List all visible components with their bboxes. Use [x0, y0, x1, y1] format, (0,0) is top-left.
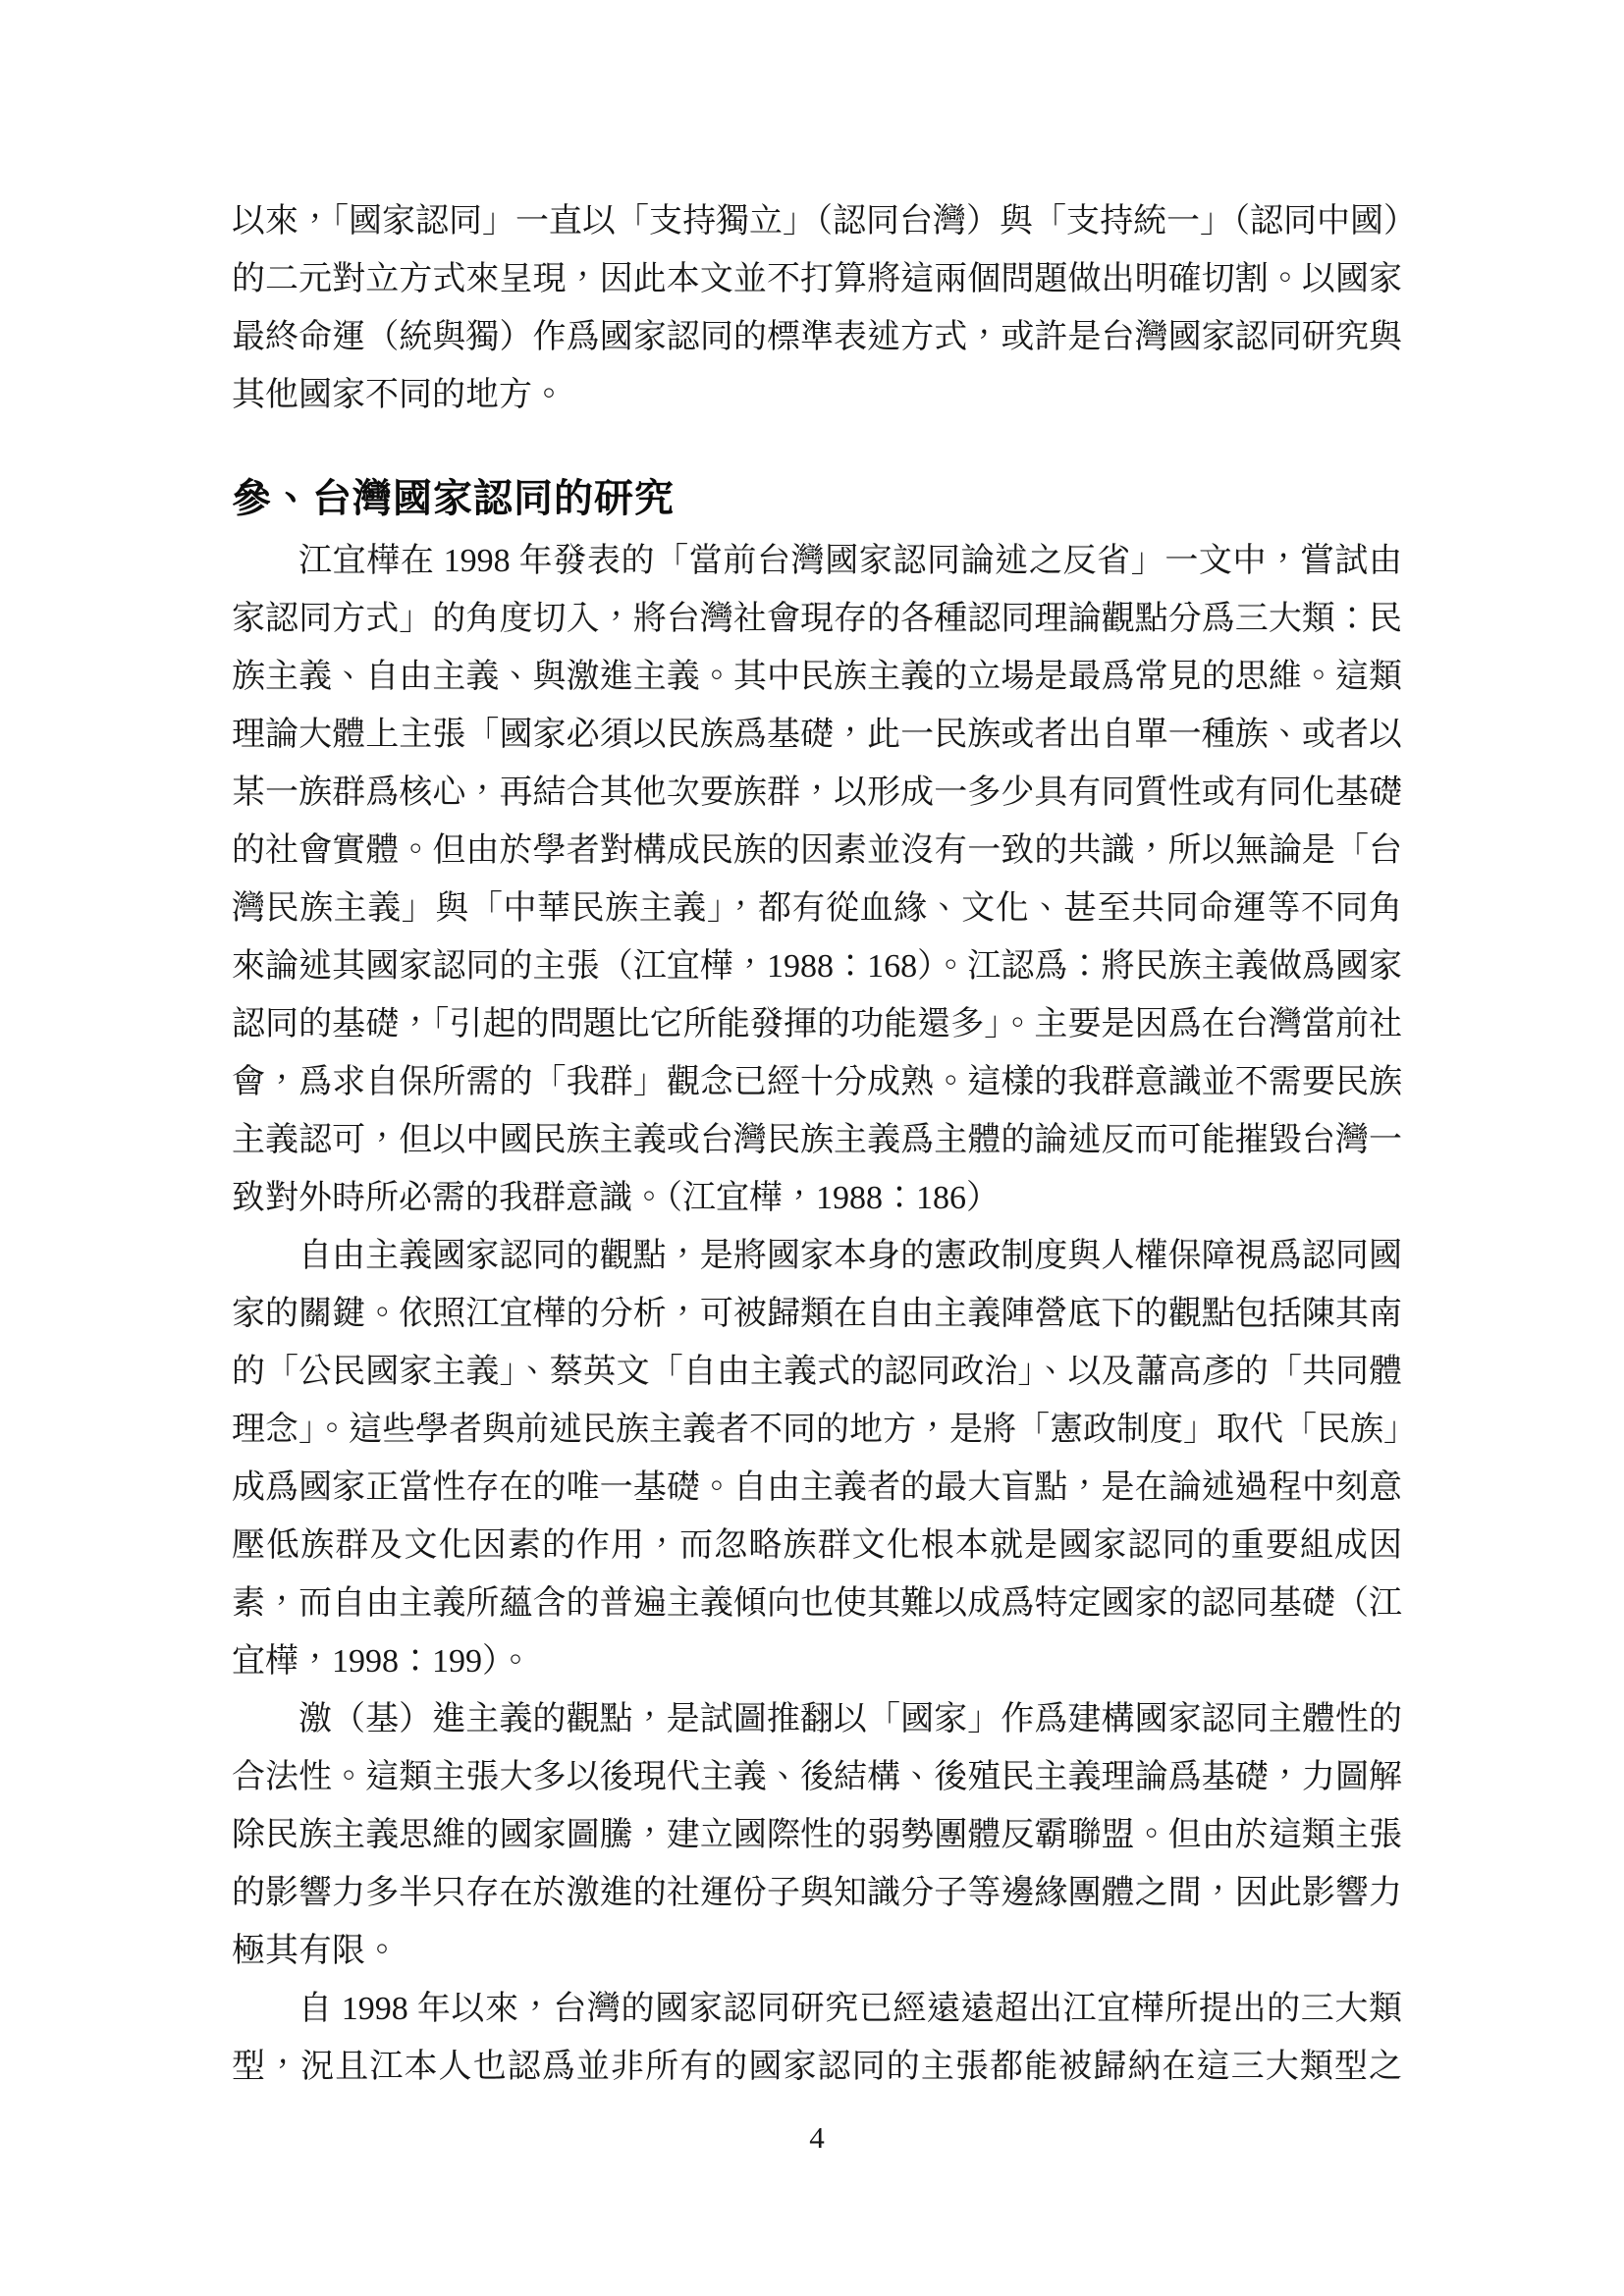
paragraph: 以來，「國家認同」一直以「支持獨立」（認同台灣）與「支持統一」（認同中國） 的二…	[232, 192, 1402, 424]
text-line: 家認同方式」的角度切入，將台灣社會現存的各種認同理論觀點分爲三大類：民	[232, 590, 1402, 648]
paragraph: 自由主義國家認同的觀點，是將國家本身的憲政制度與人權保障視爲認同國 家的關鍵。依…	[232, 1227, 1402, 1690]
paragraph: 江宜樺在 1998 年發表的「當前台灣國家認同論述之反省」一文中，嘗試由「國 家…	[232, 532, 1402, 1227]
text-line: 認同的基礎，「引起的問題比它所能發揮的功能還多」。主要是因爲在台灣當前社	[232, 995, 1402, 1053]
text-line: 壓低族群及文化因素的作用，而忽略族群文化根本就是國家認同的重要組成因	[232, 1517, 1402, 1575]
text-line: 理論大體上主張「國家必須以民族爲基礎，此一民族或者出自單一種族、或者以	[232, 706, 1402, 764]
text-line: 會，爲求自保所需的「我群」觀念已經十分成熟。這樣的我群意識並不需要民族	[232, 1053, 1402, 1111]
text-line: 的影響力多半只存在於激進的社運份子與知識分子等邊緣團體之間，因此影響力	[232, 1864, 1402, 1922]
text-line: 來論述其國家認同的主張（江宜樺，1988：168）。江認爲：將民族主義做爲國家	[232, 937, 1402, 995]
text-line: 自由主義國家認同的觀點，是將國家本身的憲政制度與人權保障視爲認同國	[232, 1227, 1402, 1285]
text-line: 灣民族主義」與「中華民族主義」，都有從血緣、文化、甚至共同命運等不同角度	[232, 880, 1402, 937]
text-line: 自 1998 年以來，台灣的國家認同研究已經遠遠超出江宜樺所提出的三大類	[232, 1980, 1402, 2038]
page-number: 4	[232, 2118, 1402, 2158]
paragraph: 自 1998 年以來，台灣的國家認同研究已經遠遠超出江宜樺所提出的三大類 型，況…	[232, 1980, 1402, 2096]
text-line: 致對外時所必需的我群意識。（江宜樺，1988：186）	[232, 1169, 1402, 1227]
document-page: 以來，「國家認同」一直以「支持獨立」（認同台灣）與「支持統一」（認同中國） 的二…	[0, 0, 1624, 2296]
text-line: 素，而自由主義所蘊含的普遍主義傾向也使其難以成爲特定國家的認同基礎（江	[232, 1575, 1402, 1632]
text-line: 家的關鍵。依照江宜樺的分析，可被歸類在自由主義陣營底下的觀點包括陳其南	[232, 1285, 1402, 1343]
text-column: 以來，「國家認同」一直以「支持獨立」（認同台灣）與「支持統一」（認同中國） 的二…	[232, 192, 1402, 2096]
text-line: 其他國家不同的地方。	[232, 366, 1402, 424]
text-line: 最終命運（統與獨）作爲國家認同的標準表述方式，或許是台灣國家認同研究與	[232, 308, 1402, 366]
text-line: 除民族主義思維的國家圖騰，建立國際性的弱勢團體反霸聯盟。但由於這類主張	[232, 1806, 1402, 1864]
text-line: 某一族群爲核心，再結合其他次要族群，以形成一多少具有同質性或有同化基礎	[232, 764, 1402, 822]
text-line: 江宜樺在 1998 年發表的「當前台灣國家認同論述之反省」一文中，嘗試由「國	[232, 532, 1402, 590]
text-line: 的二元對立方式來呈現，因此本文並不打算將這兩個問題做出明確切割。以國家	[232, 250, 1402, 308]
text-line: 宜樺，1998：199）。	[232, 1632, 1402, 1690]
paragraph: 激（基）進主義的觀點，是試圖推翻以「國家」作爲建構國家認同主體性的 合法性。這類…	[232, 1690, 1402, 1980]
text-line: 主義認可，但以中國民族主義或台灣民族主義爲主體的論述反而可能摧毀台灣一	[232, 1111, 1402, 1169]
text-line: 極其有限。	[232, 1922, 1402, 1980]
text-line: 的「公民國家主義」、蔡英文「自由主義式的認同政治」、以及蕭高彥的「共同體	[232, 1343, 1402, 1401]
section-heading: 參、台灣國家認同的研究	[232, 467, 1402, 530]
text-line: 的社會實體。但由於學者對構成民族的因素並沒有一致的共識，所以無論是「台	[232, 822, 1402, 880]
text-line: 理念」。這些學者與前述民族主義者不同的地方，是將「憲政制度」取代「民族」	[232, 1401, 1402, 1459]
text-line: 合法性。這類主張大多以後現代主義、後結構、後殖民主義理論爲基礎，力圖解	[232, 1748, 1402, 1806]
text-line: 激（基）進主義的觀點，是試圖推翻以「國家」作爲建構國家認同主體性的	[232, 1690, 1402, 1748]
text-line: 族主義、自由主義、與激進主義。其中民族主義的立場是最爲常見的思維。這類	[232, 648, 1402, 706]
text-line: 以來，「國家認同」一直以「支持獨立」（認同台灣）與「支持統一」（認同中國）	[232, 192, 1402, 250]
text-line: 型，況且江本人也認爲並非所有的國家認同的主張都能被歸納在這三大類型之	[232, 2038, 1402, 2096]
text-line: 成爲國家正當性存在的唯一基礎。自由主義者的最大盲點，是在論述過程中刻意	[232, 1459, 1402, 1517]
